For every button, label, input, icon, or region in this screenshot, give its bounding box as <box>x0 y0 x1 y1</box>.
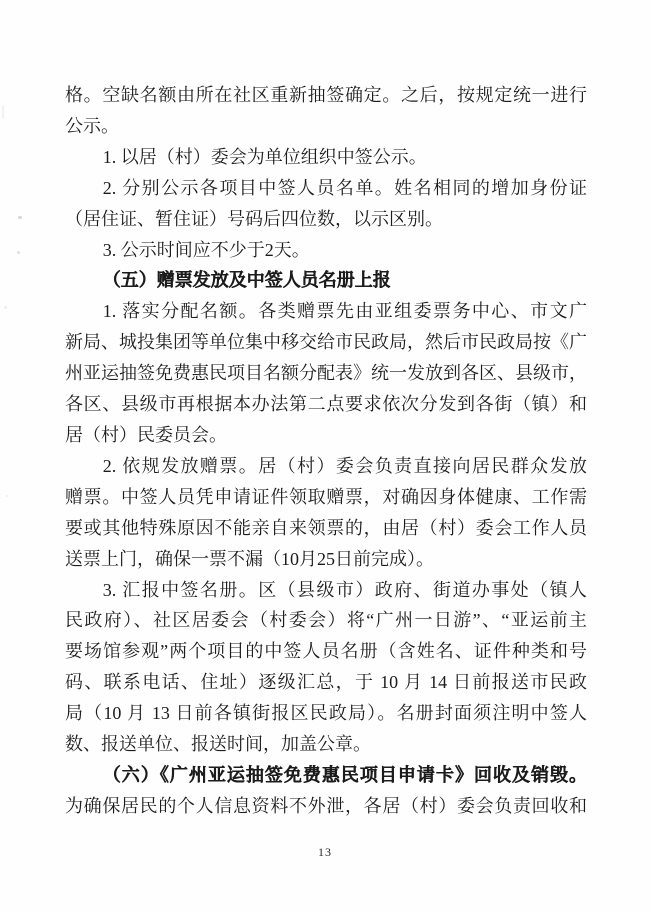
text-line: 居（村）民委员会。 <box>65 420 587 451</box>
text-line: 数、报送单位、报送时间，加盖公章。 <box>65 729 587 760</box>
text-line: 码、联系电话、住址）逐级汇总，于 10 月 14 日前报送市民政 <box>65 667 587 698</box>
page-number: 13 <box>0 845 650 860</box>
text-line: 要场馆参观”两个项目的中签人员名册（含姓名、证件种类和号 <box>65 636 587 667</box>
scan-speck <box>4 306 7 309</box>
scan-speck <box>6 495 8 497</box>
list-item-3: 3. 公示时间应不少于2天。 <box>65 235 587 266</box>
text-line: 送票上门，确保一票不漏（10月25日前完成）。 <box>65 544 587 575</box>
text-line: 公示。 <box>65 111 587 142</box>
text-line: 局（10 月 13 日前各镇街报区民政局）。名册封面须注明中签人 <box>65 698 587 729</box>
document-text-block: 格。空缺名额由所在社区重新抽签确定。之后，按规定统一进行 公示。 1. 以居（村… <box>65 80 587 822</box>
scan-speck <box>18 216 22 219</box>
section-heading-5: （五）赠票发放及中签人员名册上报 <box>65 265 587 296</box>
scan-speck <box>17 251 20 254</box>
text-line: 要或其他特殊原因不能亲自来领票的，由居（村）委会工作人员 <box>65 513 587 544</box>
list-item-2: 2. 依规发放赠票。居（村）委会负责直接向居民群众发放 <box>65 451 587 482</box>
text-line: 格。空缺名额由所在社区重新抽签确定。之后，按规定统一进行 <box>65 80 587 111</box>
list-item-2: 2. 分别公示各项目中签人员名单。姓名相同的增加身份证 <box>65 173 587 204</box>
text-line: 民政府）、社区居委会（村委会）将“广州一日游”、“亚运前主 <box>65 605 587 636</box>
text-line: 州亚运抽签免费惠民项目名额分配表》统一发放到各区、县级市， <box>65 358 587 389</box>
text-line: 赠票。中签人员凭申请证件领取赠票，对确因身体健康、工作需 <box>65 482 587 513</box>
text-line: 为确保居民的个人信息资料不外泄，各居（村）委会负责回收和 <box>65 791 587 822</box>
text-line: 新局、城投集团等单位集中移交给市民政局，然后市民政局按《广 <box>65 327 587 358</box>
document-page: 格。空缺名额由所在社区重新抽签确定。之后，按规定统一进行 公示。 1. 以居（村… <box>0 0 650 913</box>
list-item-1: 1. 落实分配名额。各类赠票先由亚组委票务中心、市文广 <box>65 296 587 327</box>
scan-speck <box>2 105 4 119</box>
section-heading-6: （六）《广州亚运抽签免费惠民项目申请卡》回收及销毁。 <box>65 760 587 791</box>
text-line: （居住证、暂住证）号码后四位数，以示区别。 <box>65 204 587 235</box>
list-item-3: 3. 汇报中签名册。区（县级市）政府、街道办事处（镇人 <box>65 575 587 606</box>
list-item-1: 1. 以居（村）委会为单位组织中签公示。 <box>65 142 587 173</box>
text-line: 各区、县级市再根据本办法第二点要求依次分发到各街（镇）和 <box>65 389 587 420</box>
